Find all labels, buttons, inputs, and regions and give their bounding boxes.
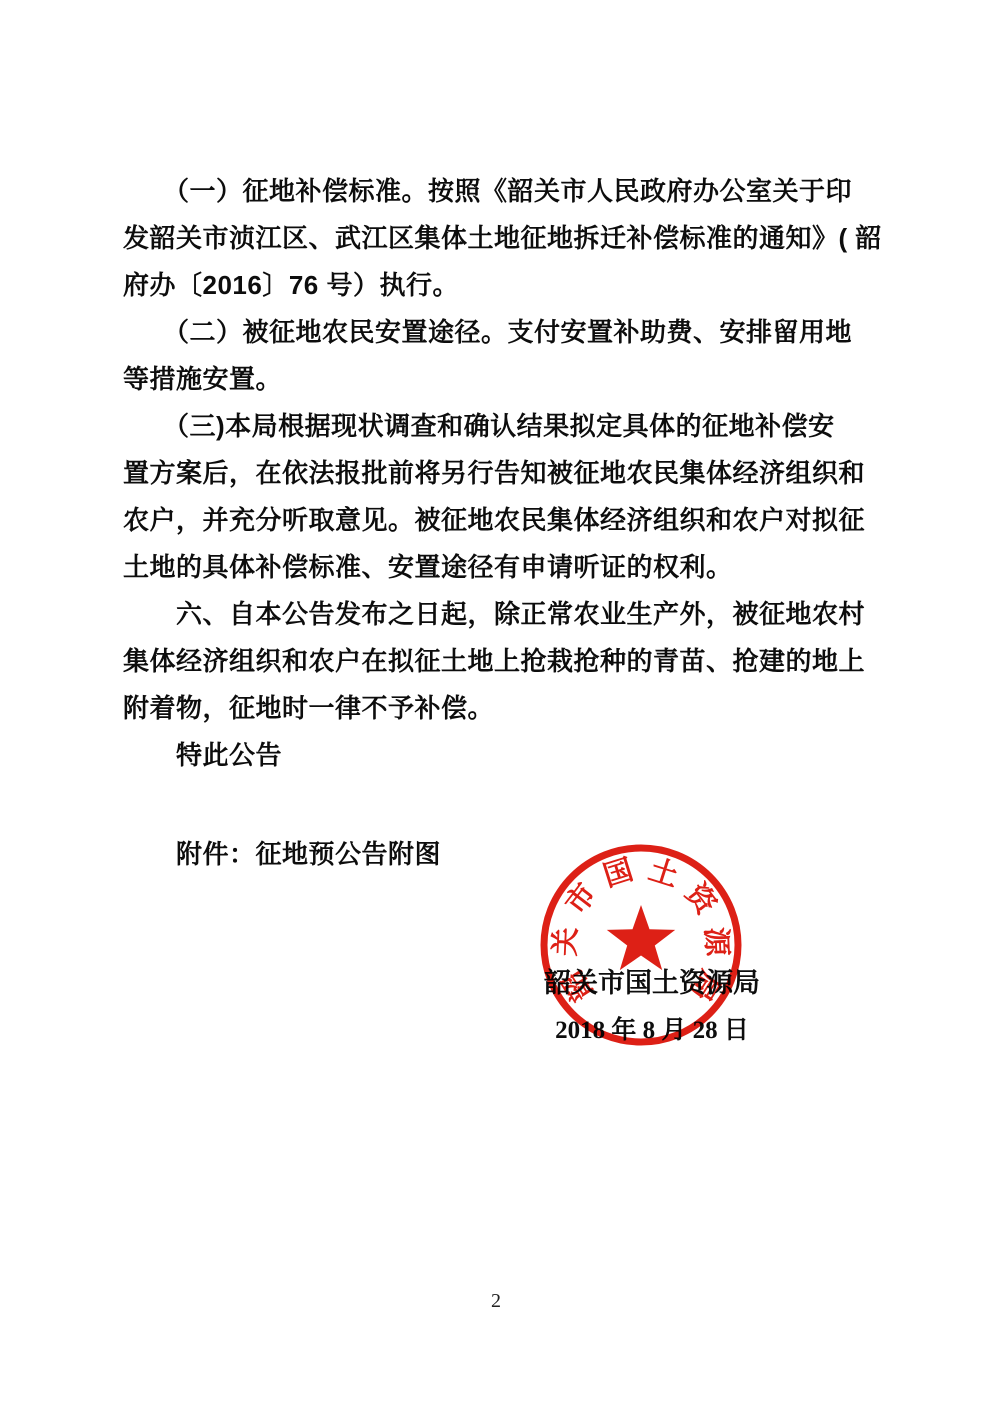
text-line: 发韶关市浈江区、武江区集体土地征地拆迁补偿标准的通知》( 韶 — [123, 215, 883, 262]
text-line: 置方案后，在依法报批前将另行告知被征地农民集体经济组织和 — [123, 450, 883, 497]
document-page: （一）征地补偿标准。按照《韶关市人民政府办公室关于印发韶关市浈江区、武江区集体土… — [0, 0, 992, 1403]
attachment-line: 附件：征地预公告附图 — [123, 831, 883, 878]
body-text: （一）征地补偿标准。按照《韶关市人民政府办公室关于印发韶关市浈江区、武江区集体土… — [123, 168, 883, 878]
text-line: 农户，并充分听取意见。被征地农民集体经济组织和农户对拟征 — [123, 497, 883, 544]
text-line: 特此公告 — [123, 732, 883, 779]
text-line: （三)本局根据现状调查和确认结果拟定具体的征地补偿安 — [123, 403, 883, 450]
signature-date: 2018 年 8 月 28 日 — [538, 1007, 766, 1054]
text-line: 附着物，征地时一律不予补偿。 — [123, 685, 883, 732]
text-line: 六、自本公告发布之日起，除正常农业生产外，被征地农村 — [123, 591, 883, 638]
text-line: 府办〔2016〕76 号）执行。 — [123, 262, 883, 309]
text-line: （一）征地补偿标准。按照《韶关市人民政府办公室关于印 — [123, 168, 883, 215]
text-line: 集体经济组织和农户在拟征土地上抢栽抢种的青苗、抢建的地上 — [123, 638, 883, 685]
signature-org: 韶关市国土资源局 — [538, 960, 766, 1007]
text-line: （二）被征地农民安置途径。支付安置补助费、安排留用地 — [123, 309, 883, 356]
text-line: 土地的具体补偿标准、安置途径有申请听证的权利。 — [123, 544, 883, 591]
seal-ring-char: 资 — [679, 877, 724, 921]
text-line: 等措施安置。 — [123, 356, 883, 403]
seal-ring-char: 关 — [548, 926, 582, 956]
seal-ring-char: 市 — [559, 877, 603, 920]
seal-ring-char: 源 — [699, 926, 733, 957]
signature-block: 韶关市国土资源局 2018 年 8 月 28 日 — [538, 960, 766, 1054]
page-number: 2 — [0, 1290, 992, 1313]
